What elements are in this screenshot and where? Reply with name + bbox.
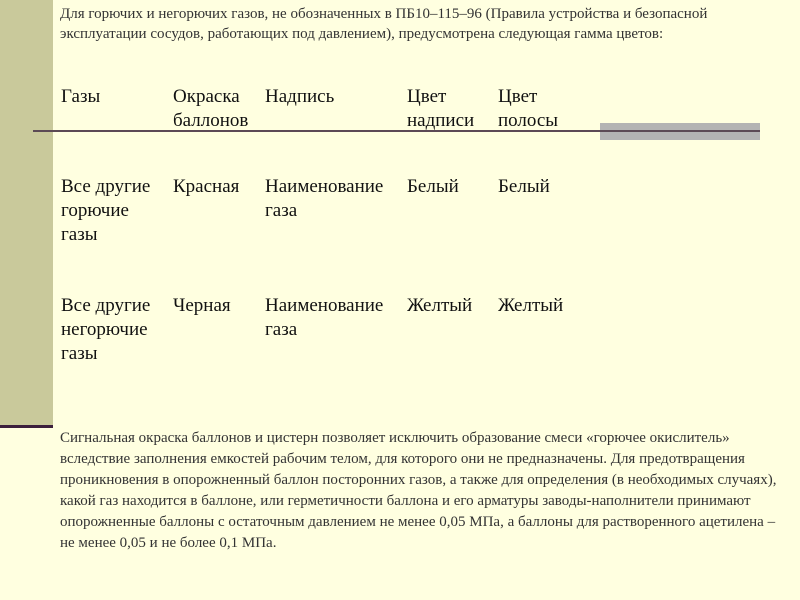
- side-bar-decoration: [0, 0, 53, 425]
- header-cylinder-color: Окраска баллонов: [173, 85, 248, 133]
- cell-stripe-color: Белый: [498, 175, 550, 199]
- cell-inscription: Наименование газа: [265, 294, 383, 342]
- cell-inscription-color: Желтый: [407, 294, 472, 318]
- header-stripe-color: Цвет полосы: [498, 85, 558, 133]
- intro-paragraph: Для горючих и негорючих газов, не обозна…: [60, 4, 780, 44]
- header-gases: Газы: [61, 85, 100, 109]
- cell-inscription: Наименование газа: [265, 175, 383, 223]
- header-inscription-color: Цвет надписи: [407, 85, 474, 133]
- header-inscription: Надпись: [265, 85, 334, 109]
- cell-gases: Все другие негорючие газы: [61, 294, 150, 366]
- cell-cylinder-color: Черная: [173, 294, 231, 318]
- cell-stripe-color: Желтый: [498, 294, 563, 318]
- side-bar-underline: [0, 425, 53, 428]
- cell-gases: Все другие горючие газы: [61, 175, 150, 247]
- outro-paragraph: Сигнальная окраска баллонов и цистерн по…: [60, 428, 790, 554]
- cell-inscription-color: Белый: [407, 175, 459, 199]
- cell-cylinder-color: Красная: [173, 175, 239, 199]
- table-header-rule: [33, 130, 760, 132]
